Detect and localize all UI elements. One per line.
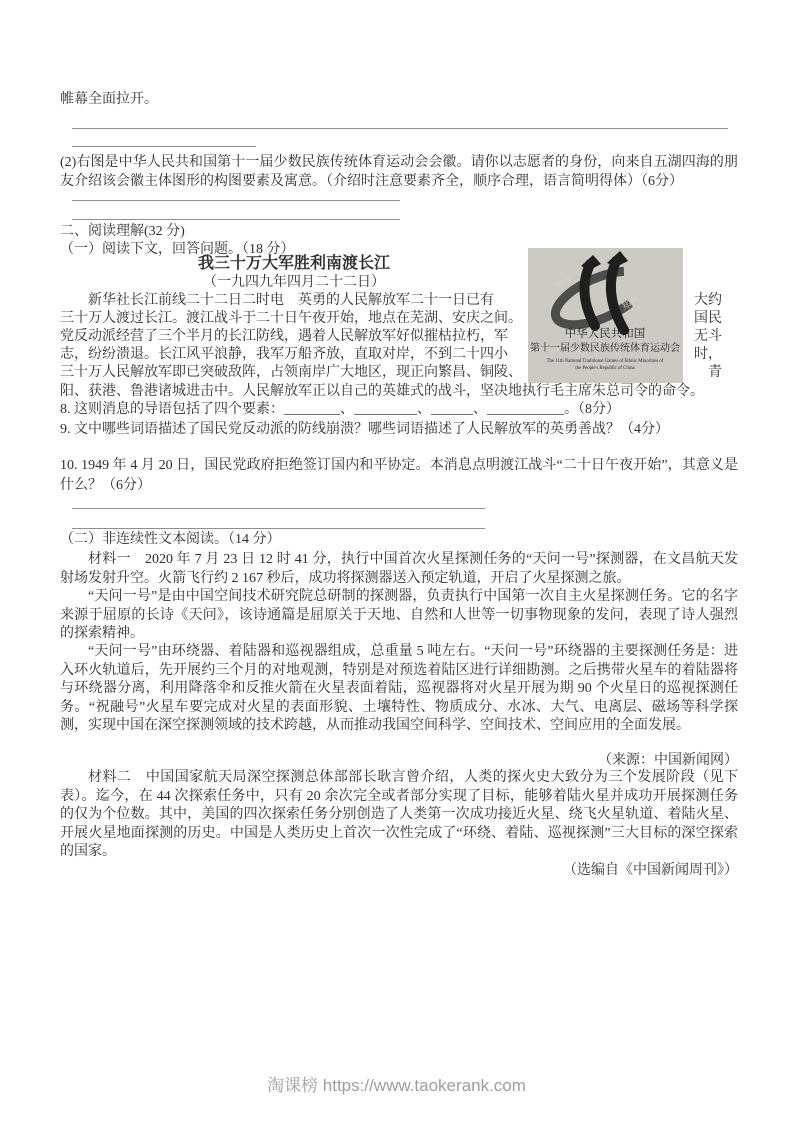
answer-blank-line xyxy=(72,528,485,529)
answer-blank-line xyxy=(72,508,485,509)
passage-dateline: （一九四九年四月二十二日） xyxy=(60,273,528,292)
answer-blank-line xyxy=(72,219,400,220)
material-1-paragraph-2: “天问一号”是由中国空间技术研究院总研制的探测器，负责执行中国第一次自主火星探测… xyxy=(60,588,738,644)
answer-blank-line xyxy=(72,146,256,147)
emblem-text-event: 第十一届少数民族传统体育运动会 xyxy=(530,341,680,354)
passage-wrap-fragment: 青 xyxy=(694,364,740,382)
news-passage: 我三十万大军胜利南渡长江 （一九四九年四月二十二日） 新华社长江前线二十二日二时… xyxy=(60,254,528,382)
passage-line: 三十万人民解放军即已突破敌阵，占领南岸广大地区，现正向繁昌、铜陵、 xyxy=(60,364,528,382)
site-watermark: 淘课榜 https://www.taokerank.com xyxy=(0,1076,793,1096)
question-2-text: (2)右图是中华人民共和国第十一届少数民族传统体育运动会会徽。请你以志愿者的身份… xyxy=(60,153,738,191)
passage-wrap-fragment: 无斗 xyxy=(694,328,740,346)
emblem-text-english-2: the People's Republic of China xyxy=(575,366,635,371)
material-1-source: （来源：中国新闻网） xyxy=(60,751,738,770)
passage-wrap-fragment: 国民 xyxy=(694,310,740,328)
material-1-paragraph-3: “天问一号”由环绕器、着陆器和巡视器组成，总重量 5 吨左右。“天问一号”环绕器… xyxy=(60,643,738,736)
emblem-text-english-1: The 11th National Traditional Games of E… xyxy=(547,359,664,364)
passage-title: 我三十万大军胜利南渡长江 xyxy=(60,254,528,273)
passage-wrap-fragment: 大约 xyxy=(694,292,740,310)
passage-line: 志，纷纷溃退。长江风平浪静，我军万船齐放，直取对岸，不到二十四小 xyxy=(60,346,528,364)
passage-wrap-fragment: 时， xyxy=(694,346,740,364)
intro-line: 帷幕全面拉开。 xyxy=(60,90,738,109)
passage-last-line: 阳、获港、鲁港诸城进击中。人民解放军正以自己的英雄式的战斗，坚决地执行毛主席朱总… xyxy=(60,382,738,401)
material-2-source: （选编自《中国新闻周刊》） xyxy=(60,861,738,880)
question-10-text: 10. 1949 年 4 月 20 日，国民党政府拒绝签订国内和平协定。本消息点… xyxy=(60,456,738,495)
question-9-text: 9. 文中哪些词语描述了国民党反动派的防线崩溃？哪些词语描述了人民解放军的英勇善… xyxy=(60,420,738,439)
material-2-paragraph: 材料二 中国国家航天局深空探测总体部部长耿言曾介绍，人类的探火史大致分为三个发展… xyxy=(60,769,738,862)
section-2-heading: 二、阅读理解(32 分) xyxy=(60,222,738,241)
answer-blank-line xyxy=(72,200,400,201)
games-emblem-graphic: 2019 郑州 中华人民共和国 第十一届少数民族传统体育运动会 The 11th… xyxy=(528,248,683,383)
material-1-paragraph-1: 材料一 2020 年 7 月 23 日 12 时 41 分，执行中国首次火星探测… xyxy=(60,551,738,588)
games-emblem-image: 2019 郑州 中华人民共和国 第十一届少数民族传统体育运动会 The 11th… xyxy=(528,248,683,383)
answer-blank-line xyxy=(72,128,728,129)
exam-paper-page: 帷幕全面拉开。 (2)右图是中华人民共和国第十一届少数民族传统体育运动会会徽。请… xyxy=(0,0,793,1122)
emblem-text-country: 中华人民共和国 xyxy=(565,326,646,340)
part-2-heading: （二）非连续性文本阅读。（14 分） xyxy=(60,530,738,549)
passage-line: 党反动派经营了三个半月的长江防线，遇着人民解放军好似摧枯拉朽，军 xyxy=(60,328,528,346)
passage-wrap-column: 大约 国民 无斗 时， 青 xyxy=(694,292,740,382)
question-8-text: 8. 这则消息的导语包括了四个要素：________、_________、___… xyxy=(60,400,738,419)
passage-line: 三十万人渡过长江。渡江战斗于二十日午夜开始，地点在芜湖、安庆之间。 xyxy=(60,310,528,328)
passage-line: 新华社长江前线二十二日二时电 英勇的人民解放军二十一日已有 xyxy=(60,292,528,310)
